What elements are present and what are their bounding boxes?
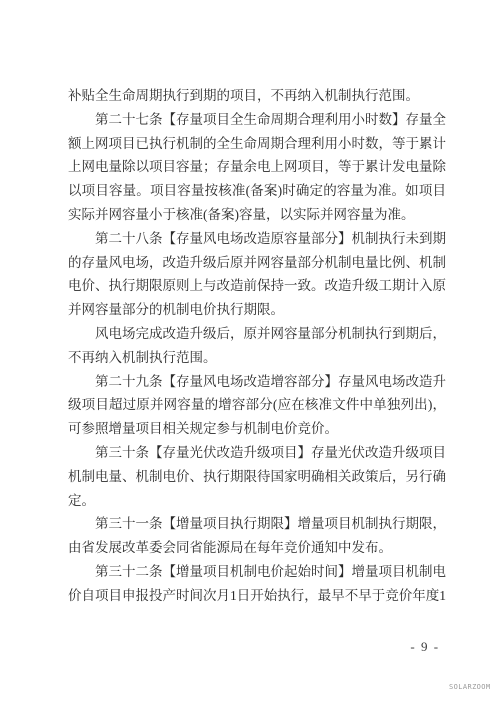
page-number: - 9 - <box>400 639 450 655</box>
document-line: 额上网项目已执行机制的全生命周期合理利用小时数，等于累计 <box>68 132 446 156</box>
watermark-solarzoom: SOLARZOOM <box>449 683 491 691</box>
document-line: 风电场完成改造升级后，原并网容量部分机制执行到期后， <box>68 322 446 346</box>
document-line: 第二十九条【存量风电场改造增容部分】存量风电场改造升 <box>68 370 446 394</box>
document-line: 第三十条【存量光伏改造升级项目】存量光伏改造升级项目 <box>68 441 446 465</box>
document-page: 补贴全生命周期执行到期的项目，不再纳入机制执行范围。第二十七条【存量项目全生命周… <box>0 0 500 707</box>
document-line: 定。 <box>68 489 446 513</box>
document-line: 级项目超过原并网容量的增容部分(应在核准文件中单独列出)， <box>68 393 446 417</box>
document-line: 第三十一条【增量项目执行期限】增量项目机制执行期限， <box>68 512 446 536</box>
document-line: 机制电量、机制电价、执行期限待国家明确相关政策后，另行确 <box>68 465 446 489</box>
document-line: 第三十二条【增量项目机制电价起始时间】增量项目机制电 <box>68 560 446 584</box>
document-line: 价自项目申报投产时间次月1日开始执行，最早不早于竞价年度1 <box>68 584 446 608</box>
document-line: 不再纳入机制执行范围。 <box>68 346 446 370</box>
document-line: 可参照增量项目相关规定参与机制电价竞价。 <box>68 417 446 441</box>
document-line: 实际并网容量小于核准(备案)容量，以实际并网容量为准。 <box>68 203 446 227</box>
document-line: 第二十七条【存量项目全生命周期合理利用小时数】存量全 <box>68 108 446 132</box>
document-line: 上网电量除以项目容量；存量余电上网项目，等于累计发电量除 <box>68 155 446 179</box>
document-line: 以项目容量。项目容量按核准(备案)时确定的容量为准。如项目 <box>68 179 446 203</box>
document-line: 由省发展改革委会同省能源局在每年竞价通知中发布。 <box>68 536 446 560</box>
document-line: 第二十八条【存量风电场改造原容量部分】机制执行未到期 <box>68 227 446 251</box>
document-text-block: 补贴全生命周期执行到期的项目，不再纳入机制执行范围。第二十七条【存量项目全生命周… <box>68 84 446 608</box>
document-line: 补贴全生命周期执行到期的项目，不再纳入机制执行范围。 <box>68 84 446 108</box>
document-line: 的存量风电场，改造升级后原并网容量部分机制电量比例、机制 <box>68 251 446 275</box>
document-line: 并网容量部分的机制电价执行期限。 <box>68 298 446 322</box>
document-line: 电价、执行期限原则上与改造前保持一致。改造升级工期计入原 <box>68 274 446 298</box>
